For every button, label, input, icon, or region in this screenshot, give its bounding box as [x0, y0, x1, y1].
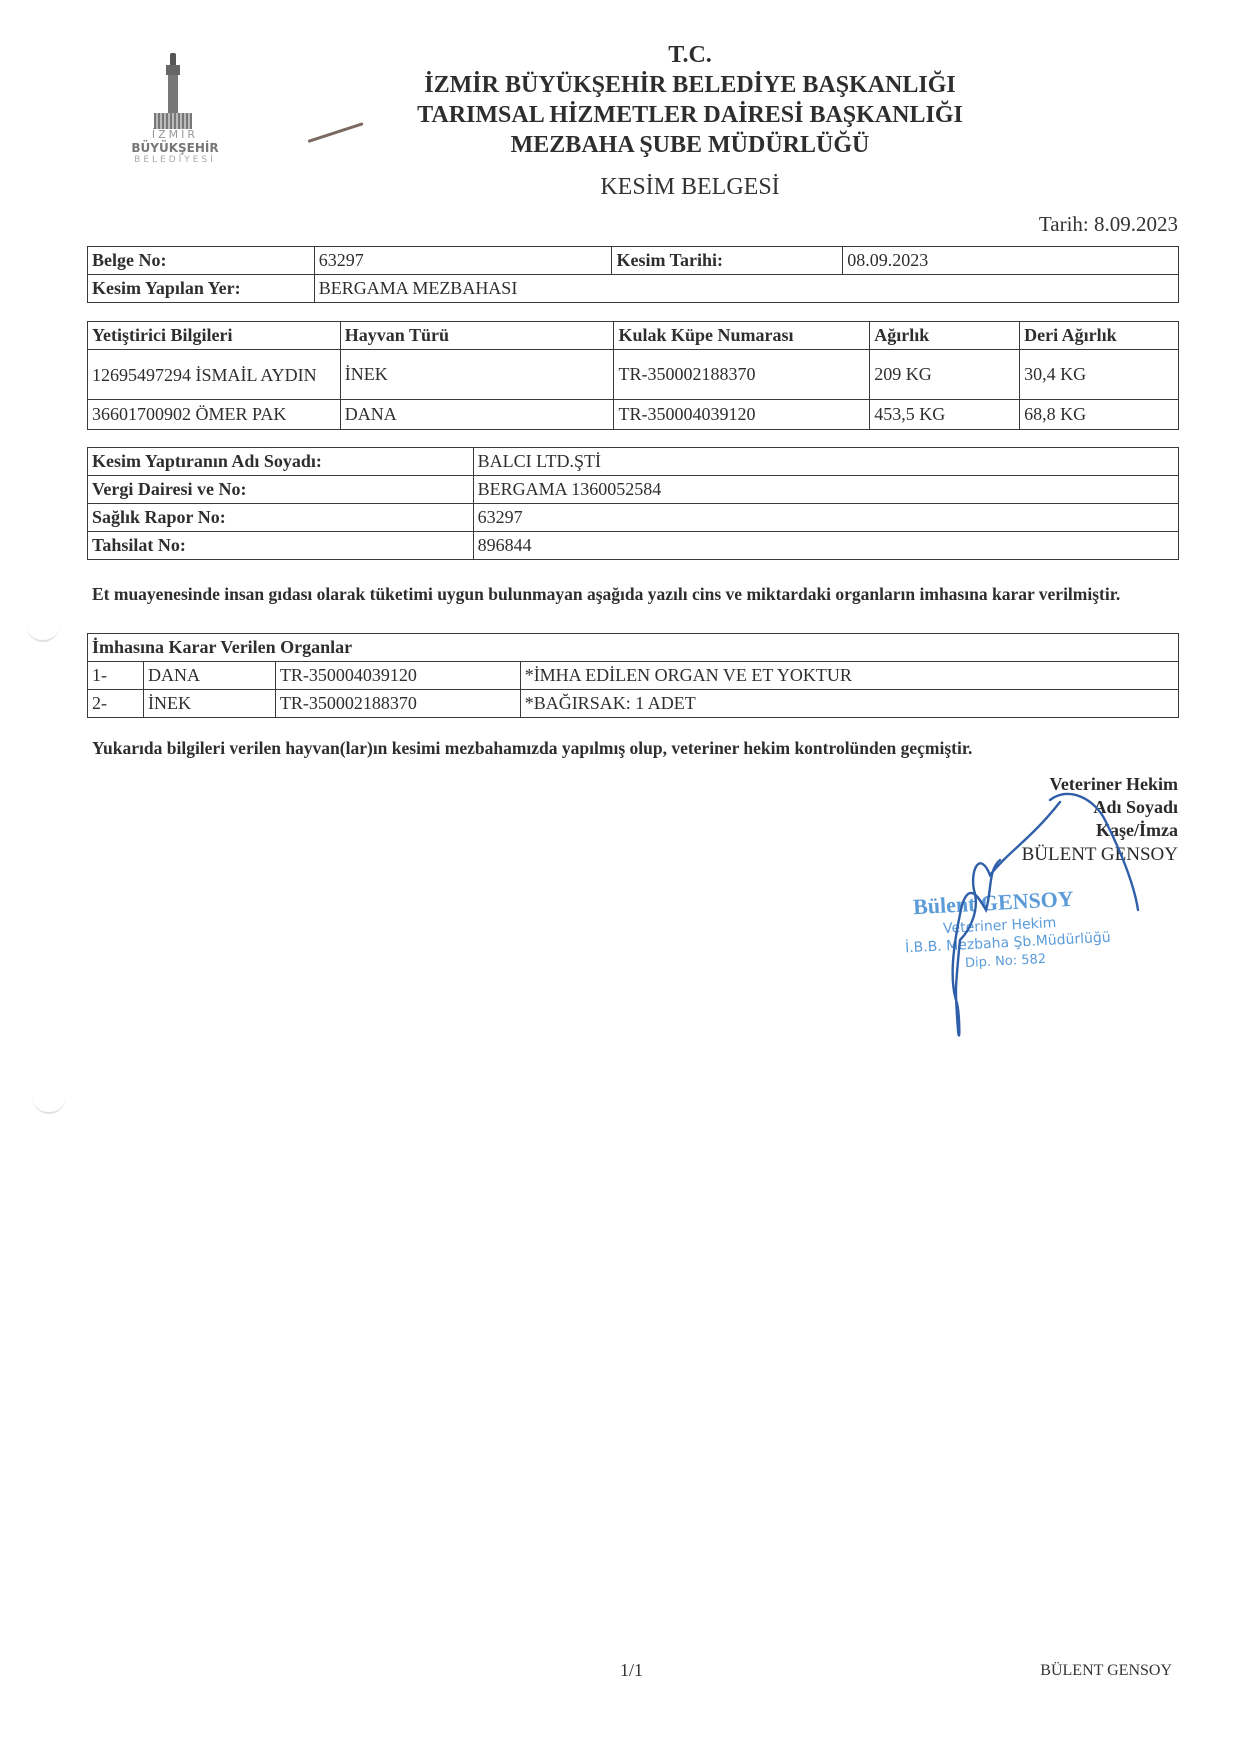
column-header: Kulak Küpe Numarası — [614, 322, 870, 350]
table-row: Kesim Yapılan Yer: BERGAMA MEZBAHASI — [88, 275, 1179, 303]
customer-info-table: Kesim Yaptıranın Adı Soyadı: BALCI LTD.Ş… — [87, 447, 1179, 560]
breeder-info: 36601700902 ÖMER PAK — [88, 400, 341, 430]
hide-weight: 30,4 KG — [1020, 350, 1179, 400]
document-info-table: Belge No: 63297 Kesim Tarihi: 08.09.2023… — [87, 246, 1179, 303]
punch-hole-mark — [32, 1096, 66, 1114]
municipality-logo: İZMİR BÜYÜKŞEHİR BELEDİYESİ — [120, 45, 230, 165]
destroyed-organs-table: İmhasına Karar Verilen Organlar 1- DANA … — [87, 633, 1179, 718]
animal-type: İNEK — [340, 350, 614, 400]
animal-type: DANA — [143, 662, 275, 690]
document-header: T.C. İZMİR BÜYÜKŞEHİR BELEDİYE BAŞKANLIĞ… — [300, 40, 1080, 202]
clock-tower-top — [166, 65, 180, 75]
kesim-tarihi-label: Kesim Tarihi: — [612, 247, 843, 275]
document-date: Tarih: 8.09.2023 — [1039, 212, 1178, 237]
column-header: Ağırlık — [870, 322, 1020, 350]
table-header-row: İmhasına Karar Verilen Organlar — [88, 634, 1179, 662]
table-row: Sağlık Rapor No: 63297 — [88, 504, 1179, 532]
kesim-tarihi-value: 08.09.2023 — [843, 247, 1179, 275]
tax-office-value: BERGAMA 1360052584 — [473, 476, 1178, 504]
table-header-row: Yetiştirici Bilgileri Hayvan Türü Kulak … — [88, 322, 1179, 350]
health-report-value: 63297 — [473, 504, 1178, 532]
handwritten-signature-icon — [900, 790, 1240, 1130]
collection-no-label: Tahsilat No: — [88, 532, 474, 560]
column-header: Hayvan Türü — [340, 322, 614, 350]
health-report-label: Sağlık Rapor No: — [88, 504, 474, 532]
ear-tag-number: TR-350002188370 — [275, 690, 520, 718]
table-row: Kesim Yaptıranın Adı Soyadı: BALCI LTD.Ş… — [88, 448, 1179, 476]
table-row: 1- DANA TR-350004039120 *İMHA EDİLEN ORG… — [88, 662, 1179, 690]
kesim-yeri-value: BERGAMA MEZBAHASI — [314, 275, 1178, 303]
weight: 209 KG — [870, 350, 1020, 400]
page-number: 1/1 — [620, 1660, 643, 1681]
belge-no-label: Belge No: — [88, 247, 315, 275]
collection-no-value: 896844 — [473, 532, 1178, 560]
punch-hole-mark — [26, 624, 60, 642]
row-number: 2- — [88, 690, 144, 718]
confirmation-statement: Yukarıda bilgileri verilen hayvan(lar)ın… — [92, 736, 1182, 760]
ear-tag-number: TR-350002188370 — [614, 350, 870, 400]
clock-tower-base — [154, 113, 192, 129]
table-row: Belge No: 63297 Kesim Tarihi: 08.09.2023 — [88, 247, 1179, 275]
table-row: 36601700902 ÖMER PAK DANA TR-35000403912… — [88, 400, 1179, 430]
weight: 453,5 KG — [870, 400, 1020, 430]
row-number: 1- — [88, 662, 144, 690]
hide-weight: 68,8 KG — [1020, 400, 1179, 430]
organ-description: *İMHA EDİLEN ORGAN VE ET YOKTUR — [520, 662, 1178, 690]
organs-table-title: İmhasına Karar Verilen Organlar — [88, 634, 1179, 662]
customer-name-value: BALCI LTD.ŞTİ — [473, 448, 1178, 476]
logo-text-belediyesi: BELEDİYESİ — [120, 155, 230, 165]
column-header: Deri Ağırlık — [1020, 322, 1179, 350]
logo-text-buyuksehir: BÜYÜKŞEHİR — [120, 141, 230, 155]
animal-type: İNEK — [143, 690, 275, 718]
table-row: Vergi Dairesi ve No: BERGAMA 1360052584 — [88, 476, 1179, 504]
customer-name-label: Kesim Yaptıranın Adı Soyadı: — [88, 448, 474, 476]
organ-description: *BAĞIRSAK: 1 ADET — [520, 690, 1178, 718]
header-line-directorate: MEZBAHA ŞUBE MÜDÜRLÜĞÜ — [300, 130, 1080, 160]
footer-signer-name: BÜLENT GENSOY — [1040, 1662, 1172, 1680]
table-row: 12695497294 İSMAİL AYDIN İNEK TR-3500021… — [88, 350, 1179, 400]
table-row: Tahsilat No: 896844 — [88, 532, 1179, 560]
tax-office-label: Vergi Dairesi ve No: — [88, 476, 474, 504]
header-line-tc: T.C. — [300, 40, 1080, 70]
table-row: 2- İNEK TR-350002188370 *BAĞIRSAK: 1 ADE… — [88, 690, 1179, 718]
column-header: Yetiştirici Bilgileri — [88, 322, 341, 350]
belge-no-value: 63297 — [314, 247, 612, 275]
animal-type: DANA — [340, 400, 614, 430]
breeder-info: 12695497294 İSMAİL AYDIN — [88, 350, 341, 400]
header-line-municipality: İZMİR BÜYÜKŞEHİR BELEDİYE BAŞKANLIĞI — [300, 70, 1080, 100]
destruction-notice: Et muayenesinde insan gıdası olarak tüke… — [92, 582, 1182, 606]
clock-tower-body — [168, 75, 178, 115]
ear-tag-number: TR-350004039120 — [275, 662, 520, 690]
ear-tag-number: TR-350004039120 — [614, 400, 870, 430]
kesim-yeri-label: Kesim Yapılan Yer: — [88, 275, 315, 303]
animals-table: Yetiştirici Bilgileri Hayvan Türü Kulak … — [87, 321, 1179, 430]
header-line-department: TARIMSAL HİZMETLER DAİRESİ BAŞKANLIĞI — [300, 100, 1080, 130]
document-title: KESİM BELGESİ — [300, 172, 1080, 202]
logo-text-izmir: İZMİR — [120, 128, 230, 141]
